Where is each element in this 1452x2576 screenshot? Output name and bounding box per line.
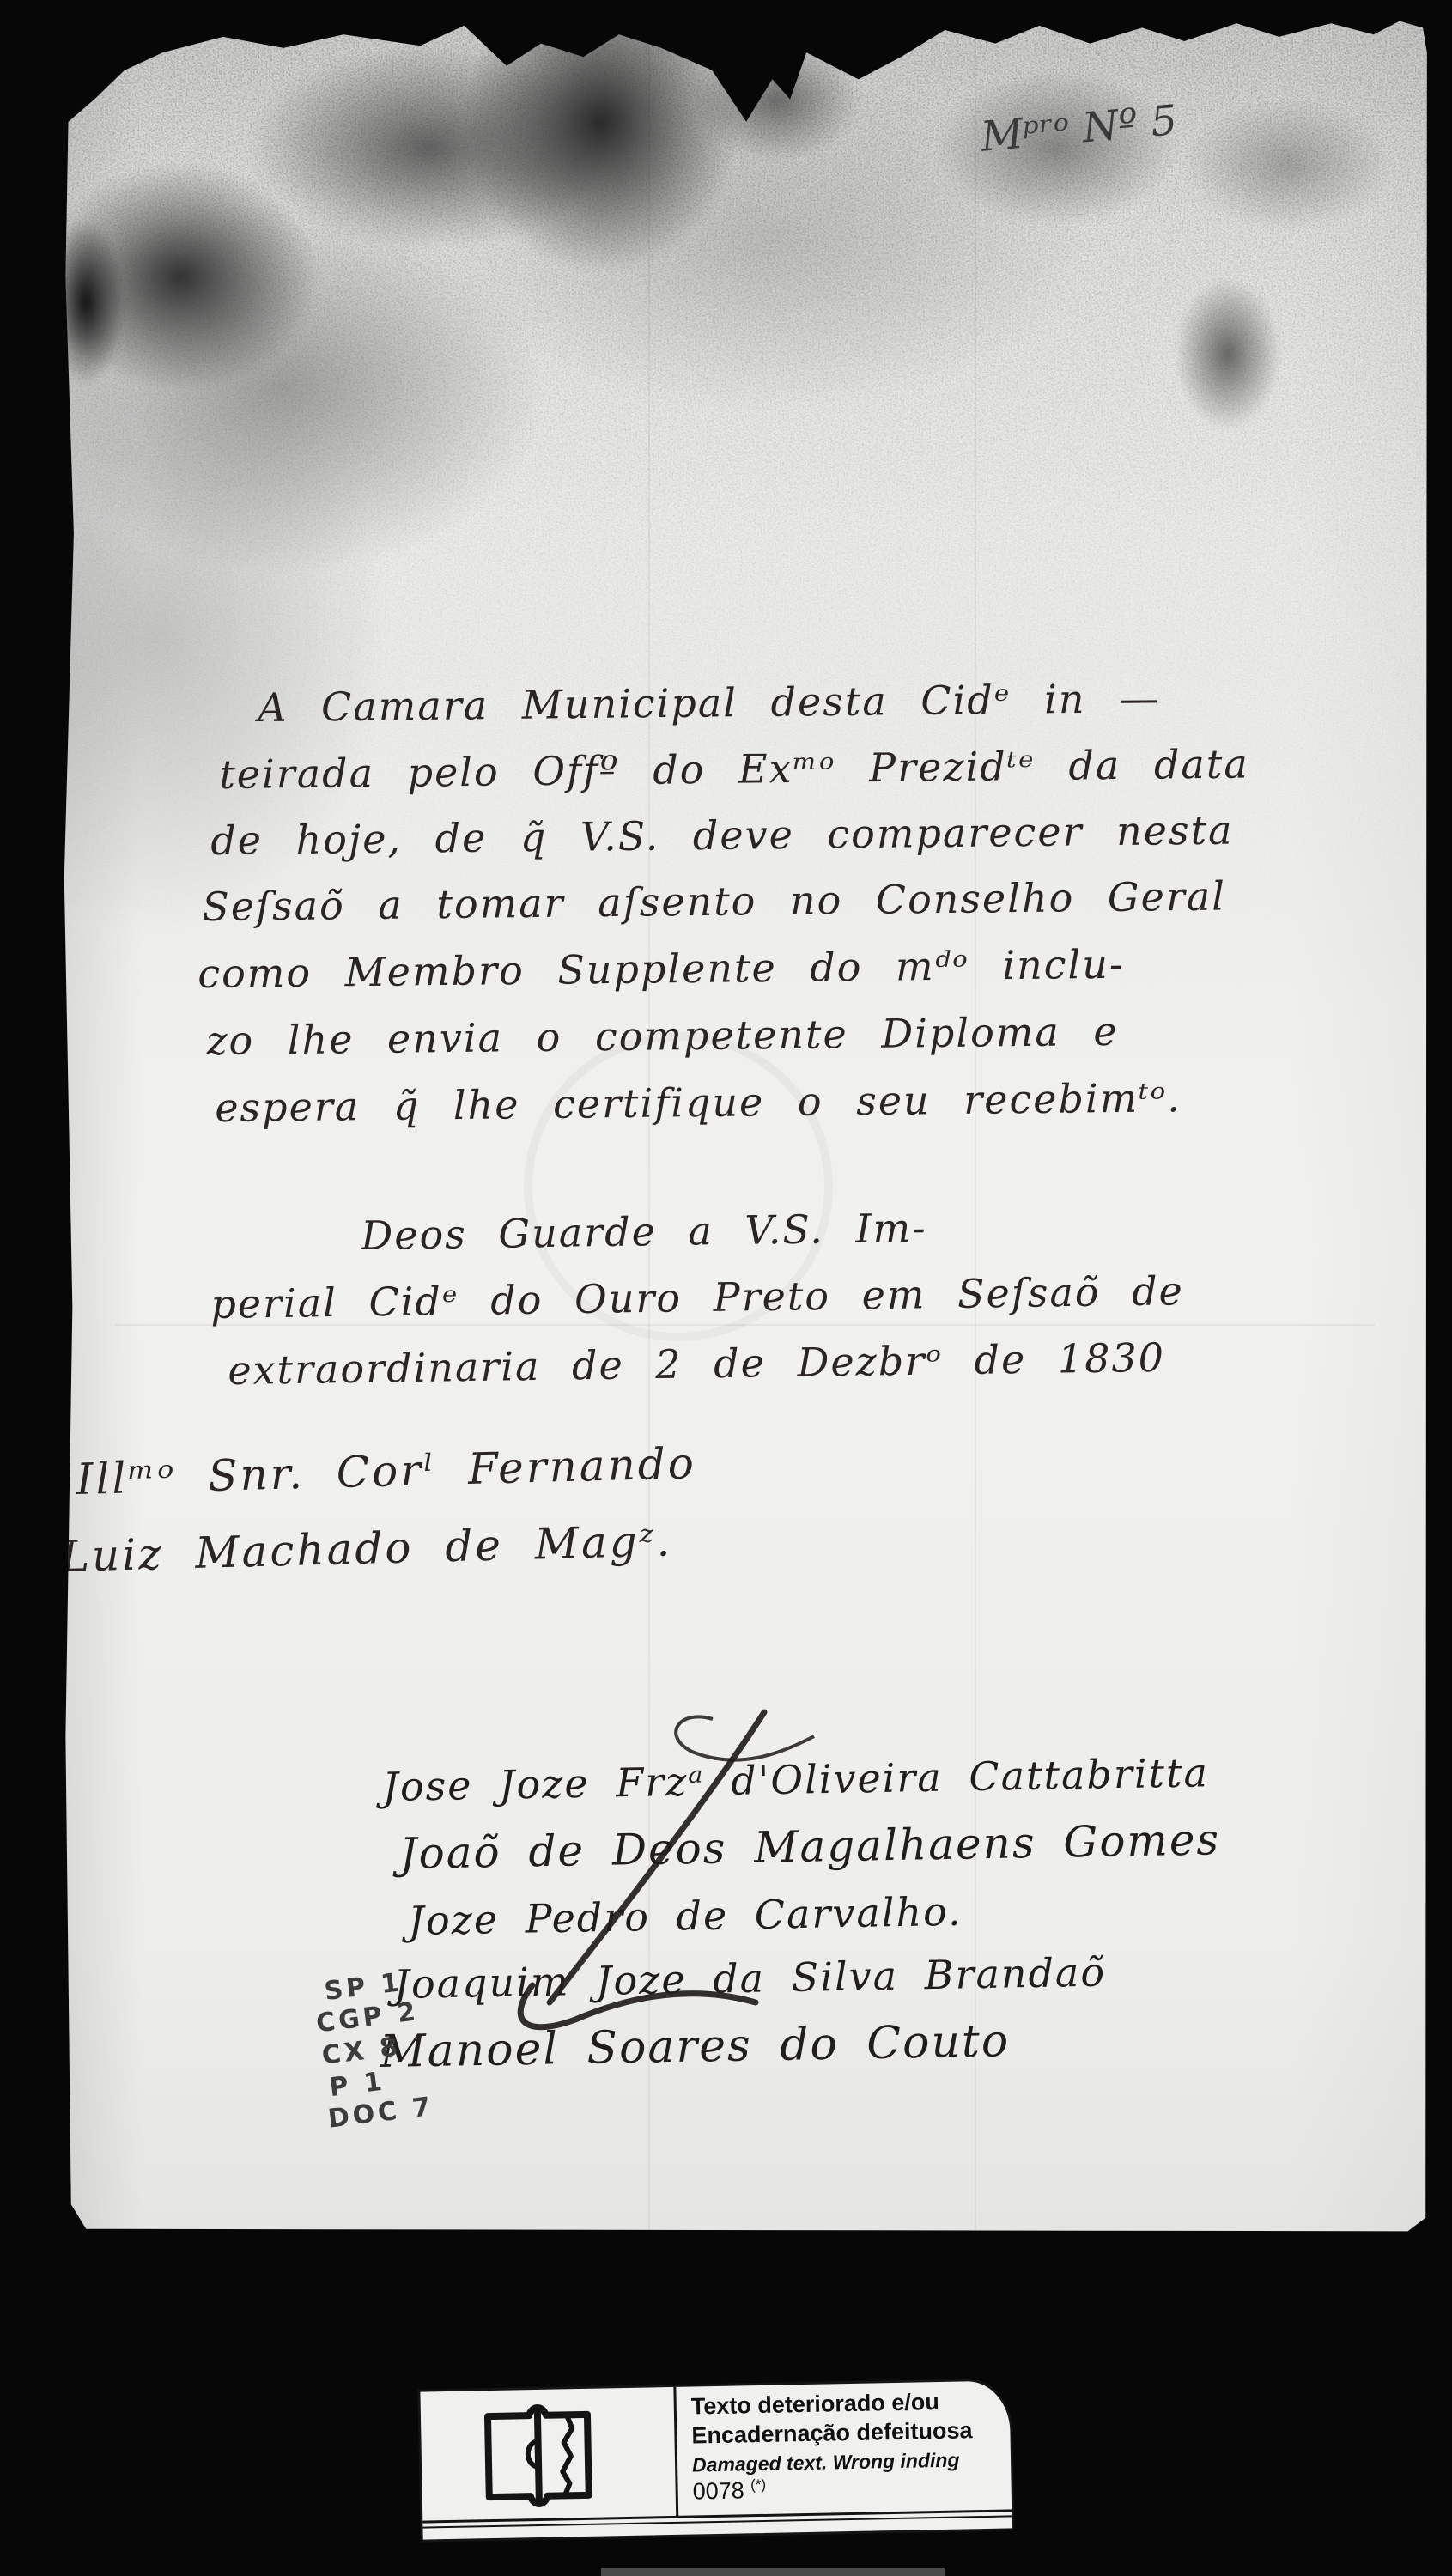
letter-line: como Membro Supplente do mᵈᵒ inclu- — [197, 941, 1125, 997]
letter-line: zo lhe envia o competente Diploma e — [206, 1008, 1119, 1064]
letter-line: A Camara Municipal desta Cidᵉ in — — [258, 675, 1160, 731]
scan-edge-artifact — [601, 2568, 945, 2576]
label-text-pt-2: Encadernação defeituosa — [691, 2417, 973, 2449]
signature: Manoel Soares do Couto — [380, 2015, 1011, 2078]
manuscript-page: Mᵖʳᵒ Nº 5 A Camara Municipal desta Cidᵉ … — [60, 19, 1430, 2256]
closing-line: Deos Guarde a V.S. Im- — [361, 1205, 927, 1259]
label-text-pt-1: Texto deteriorado e/ou — [691, 2389, 940, 2421]
fold-line-vertical — [975, 19, 976, 2256]
label-number: 0078 (*) — [692, 2476, 766, 2506]
damaged-book-icon — [481, 2398, 620, 2512]
scanner-background: Mᵖʳᵒ Nº 5 A Camara Municipal desta Cidᵉ … — [0, 0, 1452, 2576]
label-text-en: Damaged text. Wrong inding — [692, 2449, 960, 2477]
label-number-superscript: (*) — [750, 2476, 766, 2493]
label-divider — [673, 2387, 678, 2518]
condition-stamp-label: Texto deteriorado e/ou Encadernação defe… — [417, 2378, 1014, 2542]
label-number-value: 0078 — [692, 2477, 744, 2504]
signature: Joze Pedro de Carvalho. — [408, 1888, 963, 1944]
